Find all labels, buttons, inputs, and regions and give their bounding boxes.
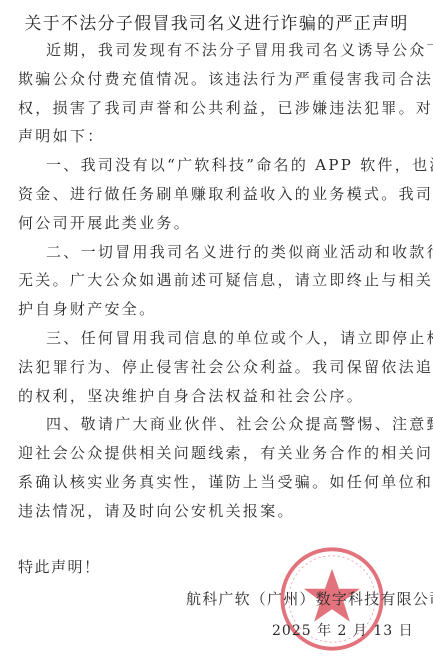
body-line: 资金、进行做任务刷单赚取利益收入的业务模式。我司也从未授权任 [18,180,418,209]
statement-body: 近期，我司发现有不法分子冒用我司名义诱导公众下载非法 APP， 欺骗公众付费充值… [18,36,418,526]
body-line: 四、敬请广大商业伙伴、社会公众提高警惕、注意甄别，同时欢 [18,410,418,439]
body-line: 一、我司没有以“广软科技”命名的 APP 软件，也没有通过预存 [18,151,418,180]
body-line: 迎社会公众提供相关问题线索，有关业务合作的相关问题可与我司联 [18,439,418,468]
body-line: 近期，我司发现有不法分子冒用我司名义诱导公众下载非法 APP， [18,36,418,65]
body-line: 三、任何冒用我司信息的单位或个人，请立即停止相关侵权和违 [18,324,418,353]
body-line: 违法情况，请及时向公安机关报案。 [18,497,418,526]
body-line: 无关。广大公众如遇前述可疑信息，请立即终止与相关人员接触，保 [18,266,418,295]
document-title: 关于不法分子假冒我司名义进行诈骗的严正声明 [0,9,433,34]
statement-date: 2025 年 2 月 13 日 [272,620,414,640]
body-line: 权，损害了我司声誉和公共利益，已涉嫌违法犯罪。对此，我司严正 [18,94,418,123]
body-line: 何公司开展此类业务。 [18,209,418,238]
body-line: 欺骗公众付费充值情况。该违法行为严重侵害我司合法权益，构成侵 [18,65,418,94]
body-line: 法犯罪行为、停止侵害社会公众利益。我司保留依法追究其法律责任 [18,353,418,382]
body-line: 二、一切冒用我司名义进行的类似商业活动和收款行为均与我司 [18,238,418,267]
body-line: 护自身财产安全。 [18,295,418,324]
company-signature: 航科广软（广州）数字科技有限公司 [186,588,433,609]
body-line: 的权利，坚决维护自身合法权益和社会公序。 [18,382,418,411]
closing-statement: 特此声明！ [18,556,101,577]
body-line: 系确认核实业务真实性，谨防上当受骗。如任何单位和个人发现上述 [18,468,418,497]
body-line: 声明如下： [18,122,418,151]
